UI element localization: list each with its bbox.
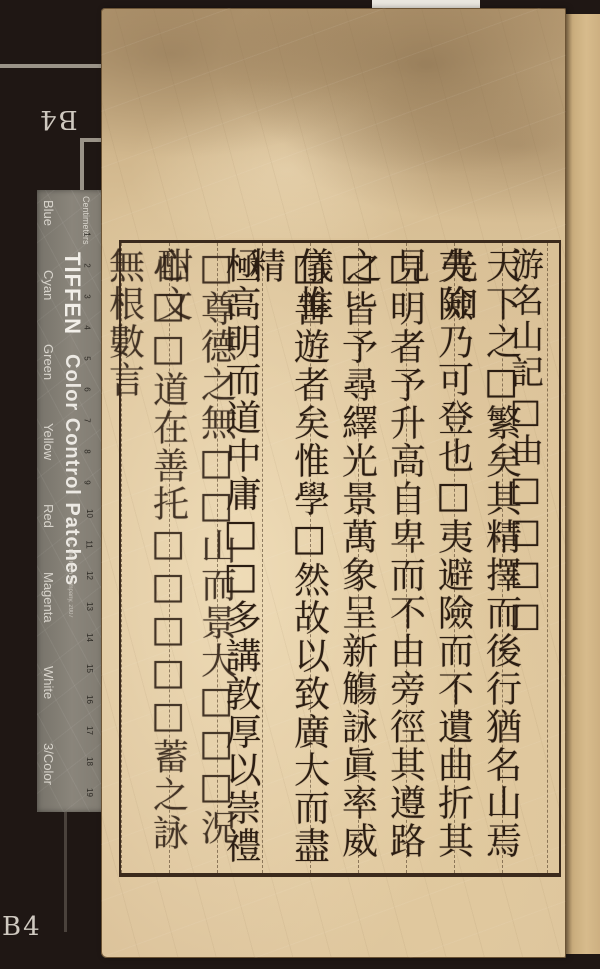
patch-label-white: White — [41, 666, 56, 699]
ruler-number: 2 — [83, 263, 92, 267]
ruler-number: 11 — [85, 540, 94, 548]
color-patch-labels: Blue Cyan Green Yellow Red Magenta White… — [41, 200, 56, 812]
book-cover-edge — [566, 14, 600, 954]
ruler-number: 7 — [83, 418, 92, 422]
ruler-number: 17 — [85, 726, 94, 735]
card-copyright: © The Tiffen Company, 2007 — [67, 540, 73, 618]
document-page: 游名山記□由□□□□ 天下之□繁矣其精擇而後行猶名山焉先知 夷險乃可登也□夷避險… — [101, 8, 566, 958]
backdrop-label-bottom: B4 — [2, 912, 42, 942]
column-margin — [547, 243, 559, 873]
patch-label-blue: Blue — [41, 200, 56, 226]
patch-label-3color: 3/Color — [41, 743, 56, 785]
patch-label-red: Red — [41, 504, 56, 528]
ruler-number: 18 — [85, 757, 94, 766]
ruler-number: 10 — [85, 509, 94, 518]
text-column: □尊德之無□□山而景大□□□況酣文 — [169, 243, 217, 873]
ruler-number: 12 — [85, 571, 94, 580]
ruler-number: 14 — [85, 633, 94, 642]
ruler-number: 4 — [83, 325, 92, 329]
patch-label-cyan: Cyan — [41, 270, 56, 300]
column-text: 游名山記□由□□□□ — [503, 247, 547, 873]
text-columns: 游名山記□由□□□□ 天下之□繁矣其精擇而後行猶名山焉先知 夷險乃可登也□夷避險… — [121, 243, 559, 873]
text-column: 天下之□繁矣其精擇而後行猶名山焉先知 — [454, 243, 502, 873]
ruler-number: 5 — [83, 356, 92, 360]
ruler-number: 3 — [83, 294, 92, 298]
frame-double-border — [559, 283, 566, 873]
brand-logo: TIFFEN — [60, 252, 85, 335]
mat-grid-line-bottom-v — [64, 812, 67, 932]
ruler-number: 1 — [83, 232, 92, 236]
ruler-number: 9 — [83, 480, 92, 484]
ruler-number: 13 — [85, 602, 94, 611]
patch-label-magenta: Magenta — [41, 572, 56, 623]
patch-label-green: Green — [41, 344, 56, 380]
ruler-number: 19 — [85, 788, 94, 797]
text-column-title: 游名山記□由□□□□ — [502, 243, 547, 873]
backdrop-label-top: B4 — [38, 104, 78, 134]
margin-mark: ‡ — [494, 533, 500, 547]
card-brand: TIFFEN Color Control Patches — [59, 252, 85, 586]
ruler-number: 6 — [83, 387, 92, 391]
ruler-number: 8 — [83, 449, 92, 453]
print-block-frame: 游名山記□由□□□□ 天下之□繁矣其精擇而後行猶名山焉先知 夷險乃可登也□夷避險… — [119, 240, 561, 877]
ruler-number: 16 — [85, 695, 94, 704]
mat-grid-line-inner-v — [80, 138, 84, 190]
ruler-number: 15 — [85, 664, 94, 673]
ruler-unit-cm: Centimeters — [81, 196, 91, 245]
patch-label-yellow: Yellow — [41, 423, 56, 460]
